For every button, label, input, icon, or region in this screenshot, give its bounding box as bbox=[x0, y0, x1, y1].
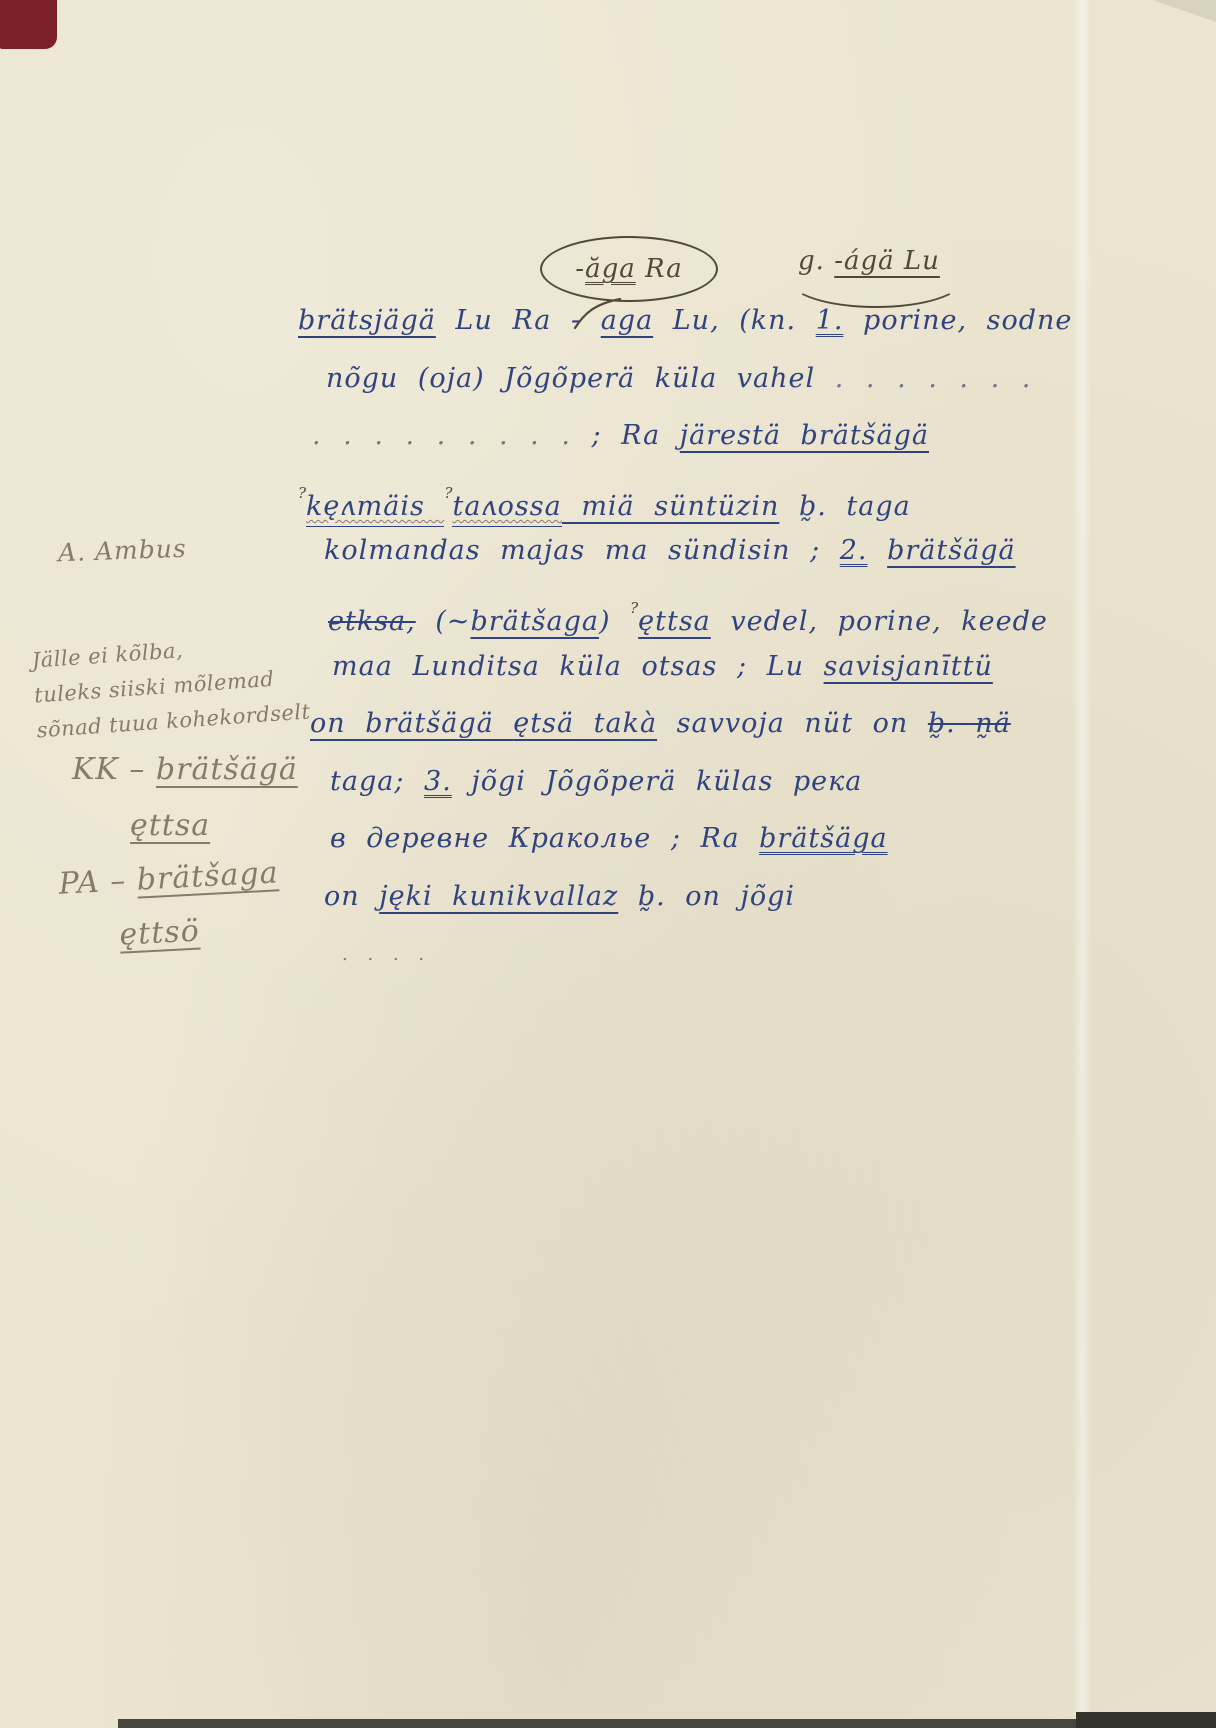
text-segment: в деревне Краколье ; Ra bbox=[330, 823, 759, 854]
text-segment: . . . . . . . bbox=[835, 363, 1033, 394]
text-segment bbox=[868, 535, 888, 566]
scan-page: { "colors":{ "paper":"#ebe5d0", "ink":"#… bbox=[0, 0, 1216, 1728]
text-segment: b̰. on jõgi bbox=[638, 881, 795, 912]
text-segment: jęki kunikvallaz bbox=[379, 881, 618, 912]
text-segment: savvoja nüt on bbox=[657, 708, 928, 739]
text-segment: 1. bbox=[816, 305, 844, 336]
text-segment: nõgu (oja) Jõgõperä küla vahel bbox=[326, 363, 835, 394]
text-segment: miä süntüzin bbox=[562, 491, 780, 522]
entry-body: brätsjägä Lu Ra - aga Lu, (kn. 1. porine… bbox=[298, 292, 1148, 983]
handwritten-line: KK – brätšägä bbox=[72, 742, 298, 798]
text-segment: PA – bbox=[58, 863, 138, 902]
text-segment: . . . . . . . . . bbox=[312, 420, 572, 451]
text-segment: savisjanīttü bbox=[824, 651, 993, 682]
red-corner-mark bbox=[0, 0, 57, 49]
handwritten-line: в деревне Краколье ; Ra brätšäga bbox=[298, 810, 1148, 868]
text-segment: etksa, bbox=[328, 606, 416, 637]
handwritten-line: etksa, (~brätšaga) ?ęttsa vedel, porine,… bbox=[298, 580, 1148, 638]
text-segment: brätšäga bbox=[759, 823, 887, 854]
text-segment: porine, sodne bbox=[843, 305, 1072, 336]
text-segment: jõgi Jõgõperä külas река bbox=[452, 766, 863, 797]
text-segment: Jälle ei kõlba, bbox=[31, 638, 184, 673]
handwritten-line: on brätšägä ętsä takà savvoja nüt on b̰.… bbox=[298, 695, 1148, 753]
text-segment: . . . . bbox=[342, 944, 426, 965]
text-segment: KK – bbox=[72, 752, 156, 787]
kk-entry: KK – brätšägäęttsa bbox=[72, 742, 298, 854]
text-segment: Ra bbox=[636, 254, 683, 284]
handwritten-line: ęttsö bbox=[60, 900, 283, 965]
handwritten-line: -ăga Ra bbox=[575, 256, 682, 282]
handwritten-line: PA – brätšaga bbox=[57, 846, 280, 911]
pa-entry: PA – brätšagaęttsö bbox=[57, 846, 282, 965]
text-segment: vedel, porine, keede bbox=[711, 606, 1048, 637]
text-segment: Lu, (kn. bbox=[653, 305, 816, 336]
top-right-corner-fold bbox=[1152, 0, 1216, 22]
text-segment: ętsä takà bbox=[513, 708, 657, 739]
text-segment: ; Ra bbox=[572, 420, 680, 451]
text-segment: taga; bbox=[330, 766, 424, 797]
text-segment: maa Lunditsa küla otsas ; Lu bbox=[332, 651, 824, 682]
handwritten-line: . . . . bbox=[298, 926, 1148, 984]
text-segment: brätsjägä bbox=[298, 305, 436, 336]
text-segment: 3. bbox=[424, 766, 452, 797]
text-segment: ęttsa bbox=[638, 606, 711, 637]
author-note: A. Ambus bbox=[58, 534, 188, 567]
text-segment: (~ bbox=[416, 606, 471, 637]
text-segment: on bbox=[324, 881, 379, 912]
handwritten-line: . . . . . . . . . ; Ra järestä brätšägä bbox=[298, 407, 1148, 465]
handwritten-line: maa Lunditsa küla otsas ; Lu savisjanītt… bbox=[298, 638, 1148, 696]
text-segment: - bbox=[571, 305, 601, 336]
text-segment: on brätšägä bbox=[310, 708, 513, 739]
text-segment: ) bbox=[599, 606, 630, 637]
bottom-scan-edge-corner bbox=[1076, 1712, 1216, 1728]
text-segment: ? bbox=[630, 599, 638, 617]
text-segment: 2. bbox=[840, 535, 868, 566]
text-segment: järestä brätšägä bbox=[680, 420, 929, 451]
text-segment bbox=[779, 491, 799, 522]
handwritten-line: taga; 3. jõgi Jõgõperä külas река bbox=[298, 753, 1148, 811]
text-segment: ? bbox=[298, 484, 306, 502]
handwritten-line: brätsjägä Lu Ra - aga Lu, (kn. 1. porine… bbox=[298, 292, 1148, 350]
text-segment: brätšaga bbox=[136, 855, 279, 897]
text-segment: - bbox=[575, 254, 585, 284]
text-segment: b̰. taga bbox=[799, 491, 911, 522]
handwritten-line: ?kęʌmäis ?taʌossa miä süntüzin b̰. taga bbox=[298, 465, 1148, 523]
text-segment bbox=[618, 881, 638, 912]
bottom-scan-edge bbox=[118, 1719, 1216, 1728]
text-segment: brätšägä bbox=[156, 752, 298, 787]
text-segment: ęttsö bbox=[119, 914, 201, 953]
text-segment: brätšaga bbox=[470, 606, 598, 637]
text-segment: ăga bbox=[585, 254, 636, 284]
text-segment: kęʌmäis bbox=[306, 491, 444, 527]
text-segment: b̰. n̰ä bbox=[928, 708, 1011, 739]
handwritten-line: on jęki kunikvallaz b̰. on jõgi bbox=[298, 868, 1148, 926]
margin-note: Jälle ei kõlba,tuleks siiski mõlemadsõna… bbox=[31, 625, 312, 749]
text-segment: ęttsa bbox=[130, 808, 210, 843]
text-segment: Lu Ra bbox=[436, 305, 571, 336]
text-segment: kolmandas majas ma sündisin ; bbox=[324, 535, 840, 566]
handwritten-line: kolmandas majas ma sündisin ; 2. brätšäg… bbox=[298, 522, 1148, 580]
text-segment: taʌossa bbox=[452, 491, 561, 527]
text-segment: aga bbox=[601, 305, 653, 336]
text-segment: brätšägä bbox=[887, 535, 1015, 566]
handwritten-line: nõgu (oja) Jõgõperä küla vahel . . . . .… bbox=[298, 350, 1148, 408]
handwritten-line: ęttsa bbox=[72, 798, 298, 854]
